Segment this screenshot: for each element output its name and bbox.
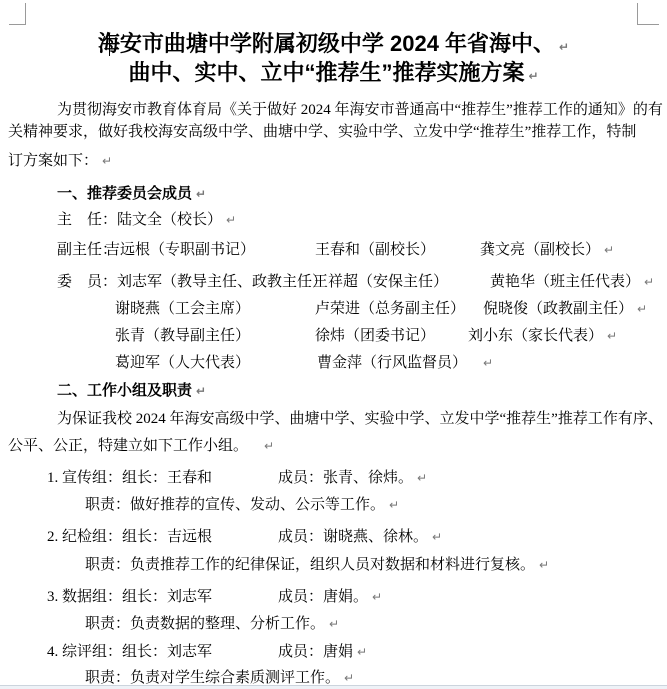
paragraph-mark-icon: ↵ [196,187,206,201]
member-name: 葛迎军（人大代表） [115,353,250,373]
group-members: 成员：张青、徐炜。 [278,470,413,486]
group-duty: 职责：负责对学生综合素质测评工作。 [85,670,340,686]
committee-chair-row[interactable]: 主 任：陆文全（校长）↵ [0,210,667,230]
paragraph-mark-icon: ↵ [432,530,442,544]
group-lead: 4. 综评组：组长：刘志军 [47,642,212,662]
document-title-line-1[interactable]: 海安市曲塘中学附属初级中学 2024 年省海中、↵ [0,31,667,60]
group-duty: 职责：做好推荐的宣传、发动、公示等工作。 [85,497,385,513]
group-members: 成员：谢晓燕、徐林。 [278,529,428,545]
chair-label: 主 任： [57,212,117,228]
member-name: 谢晓燕（工会主席） [115,299,250,319]
intro-text: 订方案如下： [8,153,98,169]
paragraph-mark-icon: ↵ [372,590,382,604]
member-name: 王祥超（安保主任） [313,272,448,292]
paragraph-mark-icon: ↵ [607,329,617,343]
vice-name: 吉远根（专职副书记） [105,240,255,260]
paragraph-mark-icon: ↵ [637,302,647,316]
chair-name: 陆文全（校长） [117,212,222,228]
title-text: 曲中、实中、立中“推荐生”推荐实施方案 [128,60,524,85]
paragraph-mark-icon: ↵ [264,439,274,453]
group-duty-line[interactable]: 职责：负责数据的整理、分析工作。↵ [85,614,339,634]
committee-member-row[interactable]: 谢晓燕（工会主席） 卢荣进（总务副主任） 倪晓俊（政教副主任）↵ [0,299,667,319]
member-name: 刘小东（家长代表） [468,328,603,344]
intro-line-3[interactable]: 订方案如下：↵ [8,151,112,171]
vice-name: 王春和（副校长） [315,240,435,260]
member-name: 张青（教导副主任） [115,326,250,346]
paragraph-mark-icon: ↵ [226,213,236,227]
member-name: 刘志军（教导主任、政教主任） [117,274,327,290]
margin-mark-top-left-icon [9,3,26,25]
group-duty: 职责：负责推荐工作的纪律保证，组织人员对数据和材料进行复核。 [85,557,535,573]
title-text: 海安市曲塘中学附属初级中学 2024 年省海中、 [98,31,555,56]
section-heading-groups[interactable]: 二、工作小组及职责↵ [57,381,206,401]
group-duty-line[interactable]: 职责：负责推荐工作的纪律保证，组织人员对数据和材料进行复核。↵ [85,555,549,575]
group-members: 成员：唐娟 [278,644,353,660]
intro-text: 公平、公正，特建立如下工作小组。 [8,438,248,454]
margin-mark-top-right-icon [637,3,659,25]
group-lead: 3. 数据组：组长：刘志军 [47,587,212,607]
committee-member-row[interactable]: 葛迎军（人大代表） 曹金萍（行风监督员）↵ [0,353,667,373]
paragraph-mark-icon: ↵ [417,471,427,485]
intro-line-1[interactable]: 为贯彻海安市教育体育局《关于做好 2024 年海安市普通高中“推荐生”推荐工作的… [57,100,663,120]
heading-text: 二、工作小组及职责 [57,383,192,399]
group-item-row[interactable]: 4. 综评组：组长：刘志军 成员：唐娟↵ [0,642,667,662]
group-duty-line[interactable]: 职责：做好推荐的宣传、发动、公示等工作。↵ [85,495,399,515]
document-page[interactable]: 海安市曲塘中学附属初级中学 2024 年省海中、↵ 曲中、实中、立中“推荐生”推… [0,0,667,689]
intro-text: 为保证我校 2024 年海安高级中学、曲塘中学、实验中学、立发中学“推荐生”推荐… [57,411,663,427]
paragraph-mark-icon: ↵ [528,69,538,83]
intro-line-2[interactable]: 关精神要求，做好我校海安高级中学、曲塘中学、实验中学、立发中学“推荐生”推荐工作… [8,122,636,142]
group-item-row[interactable]: 3. 数据组：组长：刘志军 成员：唐娟。↵ [0,587,667,607]
section-heading-committee[interactable]: 一、推荐委员会成员↵ [57,184,206,204]
member-name: 倪晓俊（政教副主任） [483,301,633,317]
groups-intro-line-1[interactable]: 为保证我校 2024 年海安高级中学、曲塘中学、实验中学、立发中学“推荐生”推荐… [57,409,663,429]
group-members: 成员：唐娟。 [278,589,368,605]
paragraph-mark-icon: ↵ [559,40,569,54]
groups-intro-line-2[interactable]: 公平、公正，特建立如下工作小组。↵ [8,436,274,456]
paragraph-mark-icon: ↵ [196,384,206,398]
intro-text: 关精神要求，做好我校海安高级中学、曲塘中学、实验中学、立发中学“推荐生”推荐工作… [8,124,636,140]
member-name: 黄艳华（班主任代表） [490,274,640,290]
committee-member-row[interactable]: 张青（教导副主任） 徐炜（团委书记） 刘小东（家长代表）↵ [0,326,667,346]
heading-text: 一、推荐委员会成员 [57,186,192,202]
group-lead: 1. 宣传组：组长：王春和 [47,468,212,488]
member-name: 曹金萍（行风监督员） [317,355,467,371]
member-label: 委 员： [57,274,117,290]
group-duty: 职责：负责数据的整理、分析工作。 [85,616,325,632]
intro-text: 为贯彻海安市教育体育局《关于做好 2024 年海安市普通高中“推荐生”推荐工作的… [57,102,663,118]
paragraph-mark-icon: ↵ [329,617,339,631]
paragraph-mark-icon: ↵ [604,243,614,257]
paragraph-mark-icon: ↵ [644,275,654,289]
paragraph-mark-icon: ↵ [389,498,399,512]
paragraph-mark-icon: ↵ [102,154,112,168]
committee-member-row[interactable]: 委 员：刘志军（教导主任、政教主任） 王祥超（安保主任） 黄艳华（班主任代表）↵ [0,272,667,292]
committee-vice-row[interactable]: 副主任： 吉远根（专职副书记） 王春和（副校长） 龚文亮（副校长）↵ [0,240,667,260]
paragraph-mark-icon: ↵ [357,645,367,659]
vice-name: 龚文亮（副校长） [480,242,600,258]
member-name: 卢荣进（总务副主任） [315,299,465,319]
group-item-row[interactable]: 1. 宣传组：组长：王春和 成员：张青、徐炜。↵ [0,468,667,488]
group-lead: 2. 纪检组：组长：吉远根 [47,527,212,547]
document-title-line-2[interactable]: 曲中、实中、立中“推荐生”推荐实施方案↵ [0,60,667,89]
paragraph-mark-icon: ↵ [539,558,549,572]
paragraph-mark-icon: ↵ [344,671,354,685]
paragraph-mark-icon: ↵ [483,356,493,370]
member-name: 徐炜（团委书记） [315,326,435,346]
group-item-row[interactable]: 2. 纪检组：组长：吉远根 成员：谢晓燕、徐林。↵ [0,527,667,547]
